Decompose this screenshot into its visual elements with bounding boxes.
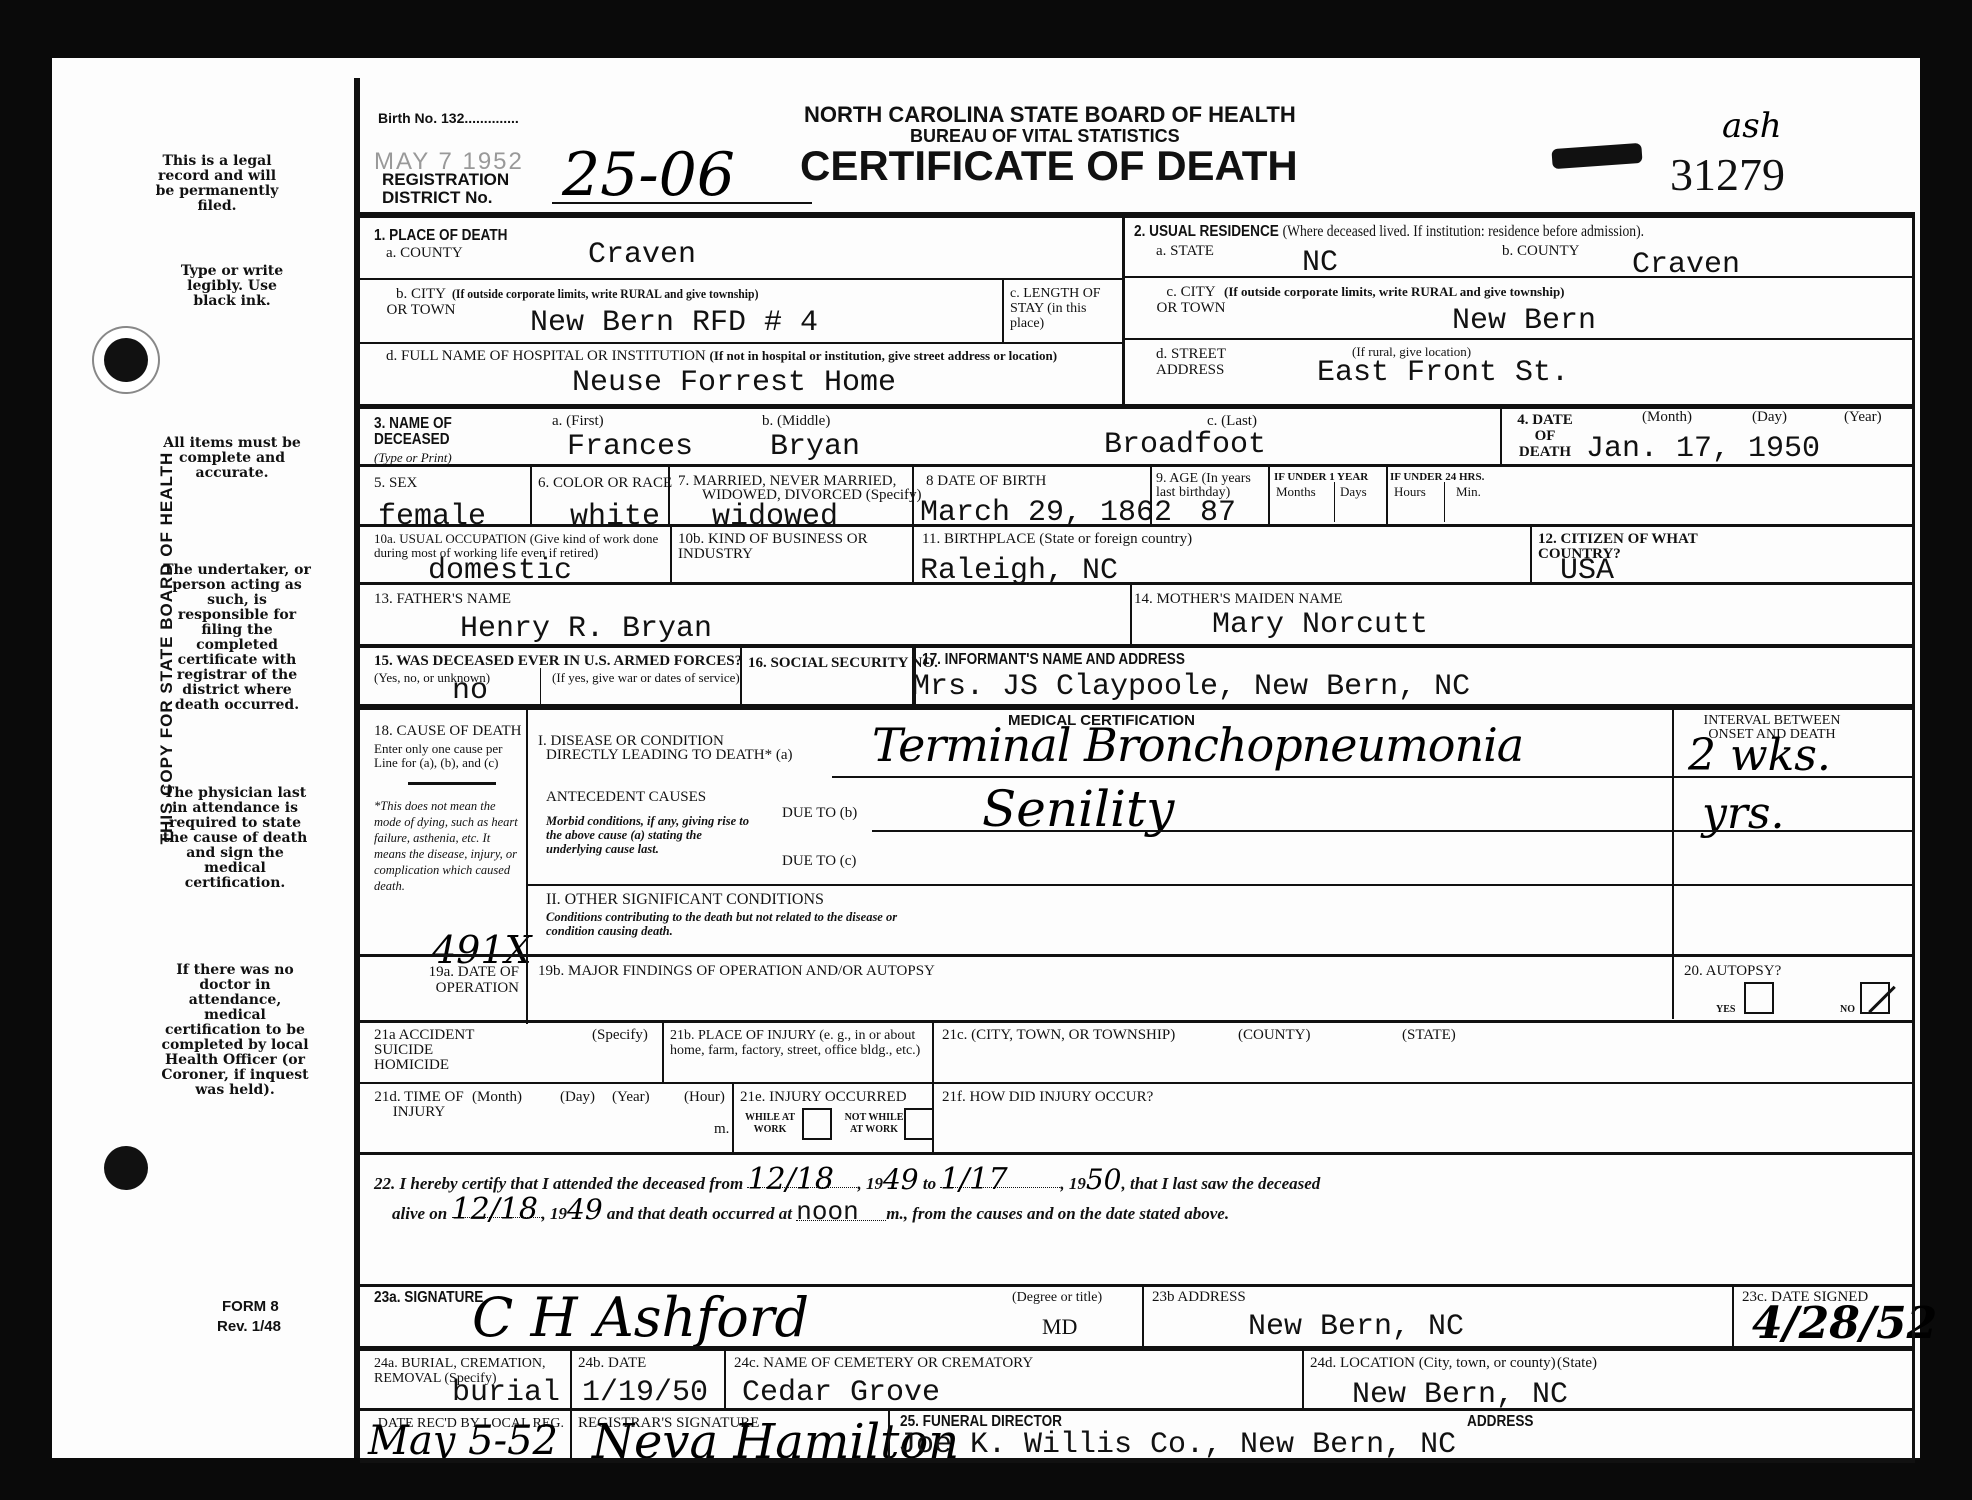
- attended-to-date: 1/17: [940, 1172, 1060, 1188]
- not-while-at-work-label: NOT WHILE AT WORK: [842, 1112, 906, 1136]
- injury-place-label: 21b. PLACE OF INJURY (e. g., in or about…: [670, 1028, 940, 1058]
- document-title: CERTIFICATE OF DEATH: [800, 142, 1298, 190]
- cause-a-value: Terminal Bronchopneumonia: [872, 718, 1523, 772]
- armed-forces-hint-2: (If yes, give war or dates of service): [552, 670, 740, 685]
- days-label: Days: [1340, 484, 1367, 499]
- under-one-year-label: IF UNDER 1 YEAR: [1274, 470, 1368, 485]
- other-conditions-hint: Conditions contributing to the death but…: [546, 910, 906, 938]
- degree-value: MD: [1042, 1314, 1077, 1340]
- note-items: All items must be complete and accurate.: [162, 436, 302, 481]
- burial-location-value: New Bern, NC: [1352, 1380, 1568, 1410]
- under-24-hours-label: IF UNDER 24 HRS.: [1390, 470, 1484, 485]
- armed-forces-value: no: [452, 676, 488, 706]
- accident-label: 21a ACCIDENT SUICIDE HOMICIDE: [374, 1028, 494, 1073]
- signature-label: 23a. SIGNATURE: [374, 1290, 483, 1306]
- hours-label: Hours: [1394, 484, 1426, 499]
- city-label: b. CITY OR TOWN: [386, 286, 456, 318]
- agency-name: NORTH CAROLINA STATE BOARD OF HEALTH: [804, 102, 1296, 128]
- antecedent-hint: Morbid conditions, if any, giving rise t…: [546, 814, 756, 856]
- sex-label: 5. SEX: [374, 476, 417, 491]
- note-undertaker: The undertaker, or person acting as such…: [162, 563, 312, 713]
- not-while-at-work-checkbox[interactable]: [904, 1108, 934, 1140]
- punch-hole-bottom: [104, 1146, 148, 1190]
- injury-state-label: (STATE): [1402, 1028, 1456, 1043]
- residence-city-label: c. CITY OR TOWN: [1156, 284, 1226, 316]
- burial-state-label: (State): [1557, 1356, 1597, 1371]
- due-to-c-label: DUE TO (c): [782, 854, 856, 869]
- injury-city-label: 21c. (CITY, TOWN, OR TOWNSHIP): [942, 1028, 1175, 1043]
- district-label: DISTRICT No.: [382, 188, 493, 208]
- while-at-work-label: WHILE AT WORK: [740, 1112, 800, 1136]
- initials: ash: [1722, 106, 1782, 146]
- autopsy-yes-label: YES: [1716, 1002, 1735, 1017]
- certificate-paper: This is a legal record and will be perma…: [52, 58, 1920, 1458]
- form-left-border: [354, 78, 360, 1458]
- residence-county-label: b. COUNTY: [1502, 244, 1580, 259]
- length-of-stay-label: c. LENGTH OF STAY (in this place): [1010, 286, 1120, 331]
- injury-year-label: (Year): [612, 1090, 650, 1105]
- last-name-label: c. (Last): [1207, 414, 1257, 429]
- disposition-value: burial: [452, 1378, 560, 1408]
- date-of-death-label: 4. DATE OF DEATH: [1510, 412, 1580, 460]
- attended-from-date: 12/18: [747, 1172, 857, 1188]
- how-injury-label: 21f. HOW DID INJURY OCCUR?: [942, 1090, 1153, 1105]
- burial-location-label: 24d. LOCATION (City, town, or county): [1310, 1356, 1556, 1371]
- first-name-label: a. (First): [552, 414, 604, 429]
- registration-district-no: 25-06: [562, 140, 735, 210]
- burial-date-label: 24b. DATE: [578, 1356, 646, 1371]
- injury-month-label: (Month): [472, 1090, 522, 1105]
- residence-label: 2. USUAL RESIDENCE (Where deceased lived…: [1134, 224, 1644, 240]
- note-no-doctor: If there was no doctor in attendance, me…: [160, 963, 310, 1098]
- injury-county-label: (COUNTY): [1238, 1028, 1311, 1043]
- autopsy-no-label: NO: [1840, 1002, 1855, 1017]
- dob-label: 8 DATE OF BIRTH: [926, 474, 1046, 489]
- race-label: 6. COLOR OR RACE: [538, 476, 672, 491]
- note-type: Type or write legibly. Use black ink.: [172, 264, 292, 309]
- middle-name-label: b. (Middle): [762, 414, 830, 429]
- autopsy-yes-checkbox[interactable]: [1744, 982, 1774, 1014]
- disease-label-2: DIRECTLY LEADING TO DEATH* (a): [546, 748, 793, 763]
- injury-day-label: (Day): [560, 1090, 595, 1105]
- antecedent-label: ANTECEDENT CAUSES: [546, 790, 706, 805]
- other-conditions-label: II. OTHER SIGNIFICANT CONDITIONS: [546, 892, 824, 907]
- cause-of-death-label: 18. CAUSE OF DEATH: [374, 724, 522, 739]
- degree-label: (Degree or title): [1012, 1290, 1102, 1305]
- injury-m-label: m.: [714, 1122, 729, 1137]
- interval-a-value: 2 wks.: [1688, 730, 1831, 781]
- street-value: East Front St.: [1317, 358, 1569, 388]
- while-at-work-checkbox[interactable]: [802, 1108, 832, 1140]
- min-label: Min.: [1456, 484, 1481, 499]
- ssn-label: 16. SOCIAL SECURITY NO.: [748, 656, 938, 671]
- months-label: Months: [1276, 484, 1316, 499]
- death-city-value: New Bern RFD # 4: [530, 308, 818, 338]
- birthplace-label: 11. BIRTHPLACE (State or foreign country…: [922, 532, 1192, 547]
- findings-label: 19b. MAJOR FINDINGS OF OPERATION AND/OR …: [538, 964, 935, 979]
- certification-line-2: alive on 12/18, 1949 and that death occu…: [392, 1202, 1229, 1221]
- father-label: 13. FATHER'S NAME: [374, 592, 511, 607]
- race-value: white: [570, 502, 660, 532]
- residence-city-value: New Bern: [1452, 306, 1596, 336]
- note-physician: The physician last in attendance is requ…: [160, 786, 310, 891]
- vertical-copy-text: THIS COPY FOR STATE BOARD OF HEALTH: [157, 438, 177, 858]
- burial-date-value: 1/19/50: [582, 1378, 708, 1408]
- attended-from-year: 49: [883, 1163, 919, 1196]
- funeral-director-value: Joe K. Willis Co., New Bern, NC: [898, 1430, 1456, 1460]
- year-label: (Year): [1844, 410, 1882, 425]
- mother-value: Mary Norcutt: [1212, 610, 1428, 640]
- place-of-death-label: 1. PLACE OF DEATH: [374, 228, 507, 244]
- funeral-address-label: ADDRESS: [1467, 1414, 1533, 1430]
- informant-value: Mrs. JS Claypoole, New Bern, NC: [912, 672, 1470, 702]
- checkmark-icon: [1868, 986, 1896, 1014]
- sex-value: female: [378, 502, 486, 532]
- autopsy-label: 20. AUTOPSY?: [1684, 964, 1781, 979]
- deceased-name-hint: (Type or Print): [374, 450, 452, 465]
- due-to-b-label: DUE TO (b): [782, 806, 857, 821]
- mother-label: 14. MOTHER'S MAIDEN NAME: [1134, 592, 1343, 607]
- redaction-mark: [1551, 143, 1642, 169]
- punch-hole-top: [104, 338, 148, 382]
- registration-label: REGISTRATION: [382, 170, 509, 190]
- injury-time-label: 21d. TIME OF INJURY: [374, 1090, 464, 1120]
- autopsy-no-checkbox[interactable]: [1860, 982, 1890, 1014]
- first-name-value: Frances: [567, 432, 693, 462]
- cause-hint: Enter only one cause per Line for (a), (…: [374, 742, 524, 770]
- institution-value: Neuse Forrest Home: [572, 368, 896, 398]
- certification-line-1: 22. I hereby certify that I attended the…: [374, 1172, 1320, 1191]
- day-label: (Day): [1752, 410, 1787, 425]
- residence-state-label: a. STATE: [1156, 244, 1214, 259]
- institution-hint: d. FULL NAME OF HOSPITAL OR INSTITUTION …: [386, 348, 1057, 364]
- date-signed-value: 4/28/52: [1752, 1298, 1937, 1349]
- alive-on-year: 49: [567, 1193, 603, 1226]
- residence-state-value: NC: [1302, 248, 1338, 278]
- death-county-value: Craven: [588, 240, 696, 270]
- month-label: (Month): [1642, 410, 1692, 425]
- form-revision: Rev. 1/48: [217, 1318, 281, 1335]
- residence-city-hint: (If outside corporate limits, write RURA…: [1224, 284, 1565, 299]
- last-name-value: Broadfoot: [1104, 430, 1266, 460]
- county-label: a. COUNTY: [386, 246, 463, 261]
- death-time-value: noon: [796, 1205, 886, 1221]
- cause-note: *This does not mean the mode of dying, s…: [374, 798, 524, 894]
- marital-value: widowed: [712, 502, 838, 532]
- city-hint: (If outside corporate limits, write RURA…: [452, 286, 758, 301]
- armed-forces-label: 15. WAS DECEASED EVER IN U.S. ARMED FORC…: [374, 654, 742, 669]
- cemetery-value: Cedar Grove: [742, 1378, 940, 1408]
- note-legal: This is a legal record and will be perma…: [152, 154, 282, 214]
- operation-date-label: 19a. DATE OF OPERATION: [374, 964, 519, 996]
- date-of-death-value: Jan. 17, 1950: [1586, 434, 1820, 464]
- injury-hour-label: (Hour): [684, 1090, 725, 1105]
- middle-name-value: Bryan: [770, 432, 860, 462]
- cert-address-value: New Bern, NC: [1248, 1312, 1464, 1342]
- specify-label: (Specify): [592, 1028, 648, 1043]
- alive-on-date: 12/18: [452, 1202, 542, 1218]
- cert-address-label: 23b ADDRESS: [1152, 1290, 1246, 1305]
- birth-number: Birth No. 132..............: [378, 110, 519, 126]
- injury-occurred-label: 21e. INJURY OCCURRED: [740, 1090, 907, 1105]
- father-value: Henry R. Bryan: [460, 614, 712, 644]
- street-label: d. STREET ADDRESS: [1156, 346, 1246, 378]
- attended-to-year: 50: [1086, 1163, 1122, 1196]
- cemetery-label: 24c. NAME OF CEMETERY OR CREMATORY: [734, 1356, 1033, 1371]
- deceased-name-label: 3. NAME OF DECEASED: [374, 416, 468, 448]
- physician-signature: C H Ashford: [472, 1286, 809, 1349]
- form-number: FORM 8: [222, 1298, 279, 1315]
- informant-label: 17. INFORMANT'S NAME AND ADDRESS: [922, 652, 1185, 668]
- business-label: 10b. KIND OF BUSINESS OR INDUSTRY: [678, 532, 908, 562]
- certificate-number: 31279: [1670, 148, 1785, 201]
